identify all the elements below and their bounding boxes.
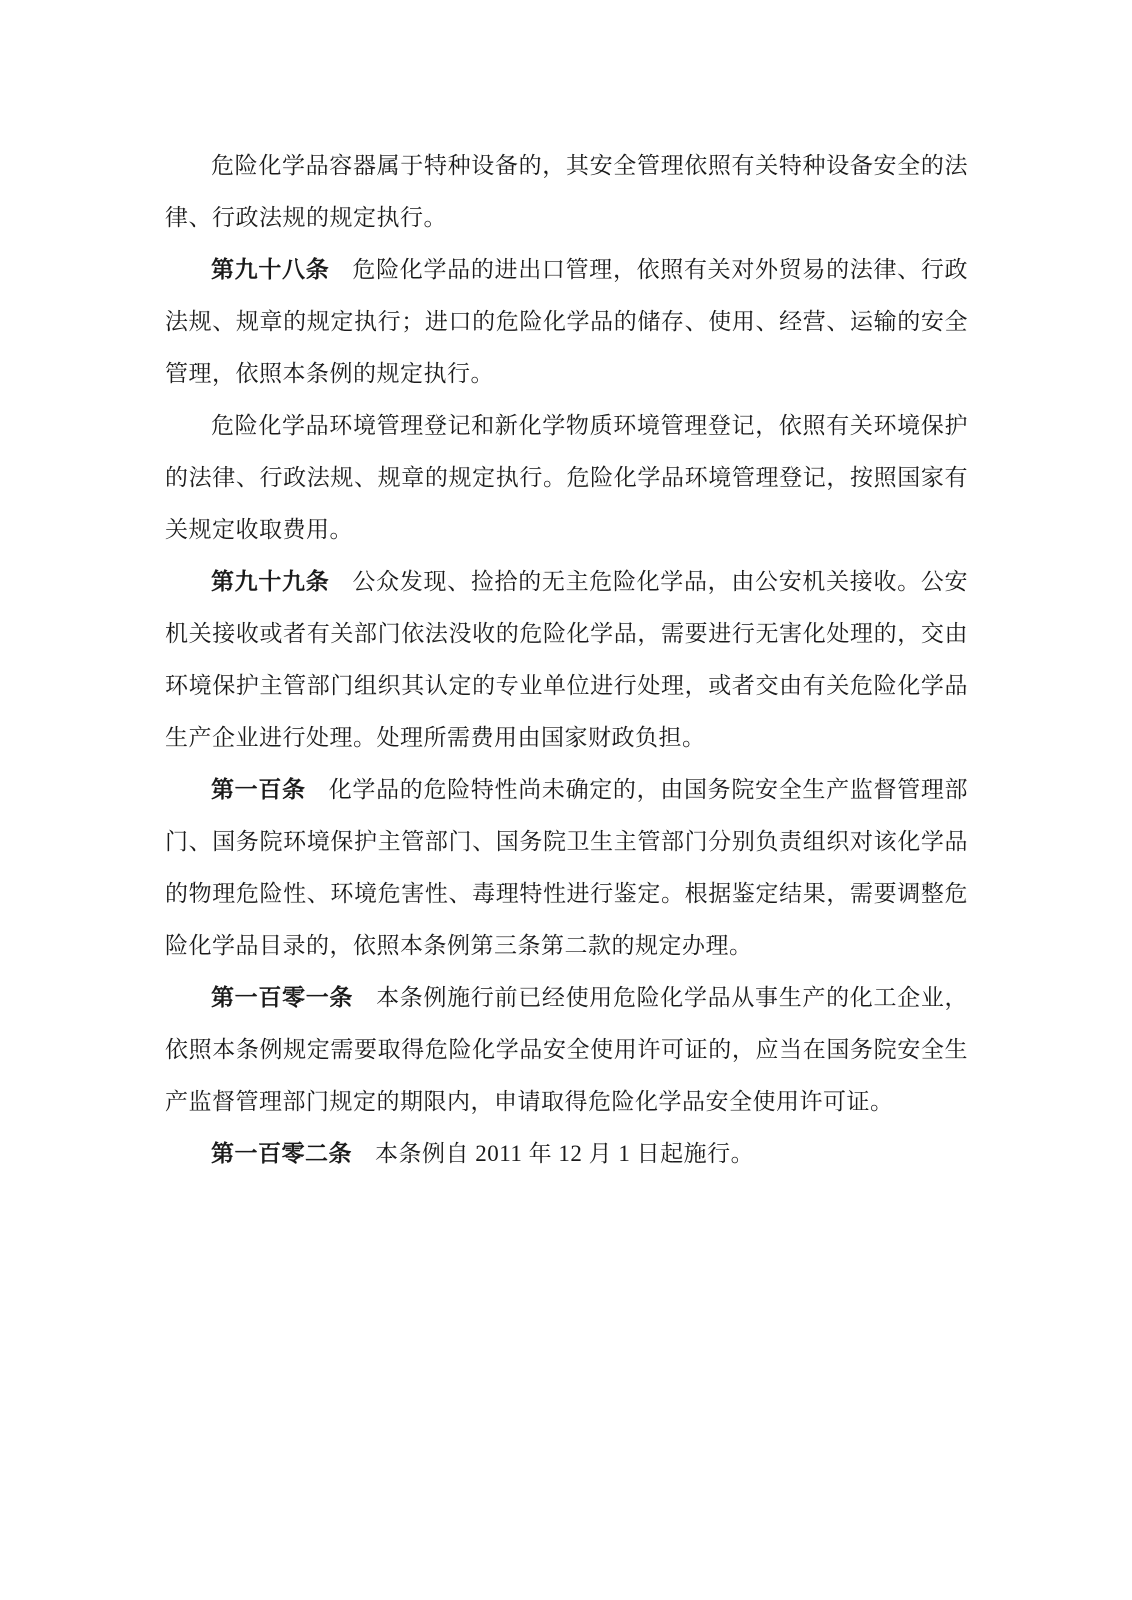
paragraph: 第九十八条危险化学品的进出口管理，依照有关对外贸易的法律、行政法规、规章的规定执… xyxy=(165,244,968,400)
document-body: 危险化学品容器属于特种设备的，其安全管理依照有关特种设备安全的法律、行政法规的规… xyxy=(0,0,1132,1180)
paragraph: 第九十九条公众发现、捡拾的无主危险化学品，由公安机关接收。公安机关接收或者有关部… xyxy=(165,556,968,764)
article-number: 第一百零二条 xyxy=(211,1141,352,1166)
article-text: 危险化学品容器属于特种设备的，其安全管理依照有关特种设备安全的法律、行政法规的规… xyxy=(165,153,968,230)
article-number: 第一百条 xyxy=(211,777,306,802)
article-number: 第一百零一条 xyxy=(211,985,353,1010)
article-number: 第九十八条 xyxy=(211,257,329,282)
article-text: 化学品的危险特性尚未确定的，由国务院安全生产监督管理部门、国务院环境保护主管部门… xyxy=(165,777,968,958)
paragraph: 第一百零一条本条例施行前已经使用危险化学品从事生产的化工企业，依照本条例规定需要… xyxy=(165,972,968,1128)
document-page: 危险化学品容器属于特种设备的，其安全管理依照有关特种设备安全的法律、行政法规的规… xyxy=(0,0,1132,1600)
article-text: 危险化学品环境管理登记和新化学物质环境管理登记，依照有关环境保护的法律、行政法规… xyxy=(165,413,968,542)
paragraph: 第一百零二条本条例自 2011 年 12 月 1 日起施行。 xyxy=(165,1128,968,1180)
paragraph: 危险化学品容器属于特种设备的，其安全管理依照有关特种设备安全的法律、行政法规的规… xyxy=(165,140,968,244)
article-text: 公众发现、捡拾的无主危险化学品，由公安机关接收。公安机关接收或者有关部门依法没收… xyxy=(165,569,968,750)
article-text: 本条例自 2011 年 12 月 1 日起施行。 xyxy=(375,1141,754,1166)
article-number: 第九十九条 xyxy=(211,569,329,594)
paragraph: 危险化学品环境管理登记和新化学物质环境管理登记，依照有关环境保护的法律、行政法规… xyxy=(165,400,968,556)
paragraph: 第一百条化学品的危险特性尚未确定的，由国务院安全生产监督管理部门、国务院环境保护… xyxy=(165,764,968,972)
